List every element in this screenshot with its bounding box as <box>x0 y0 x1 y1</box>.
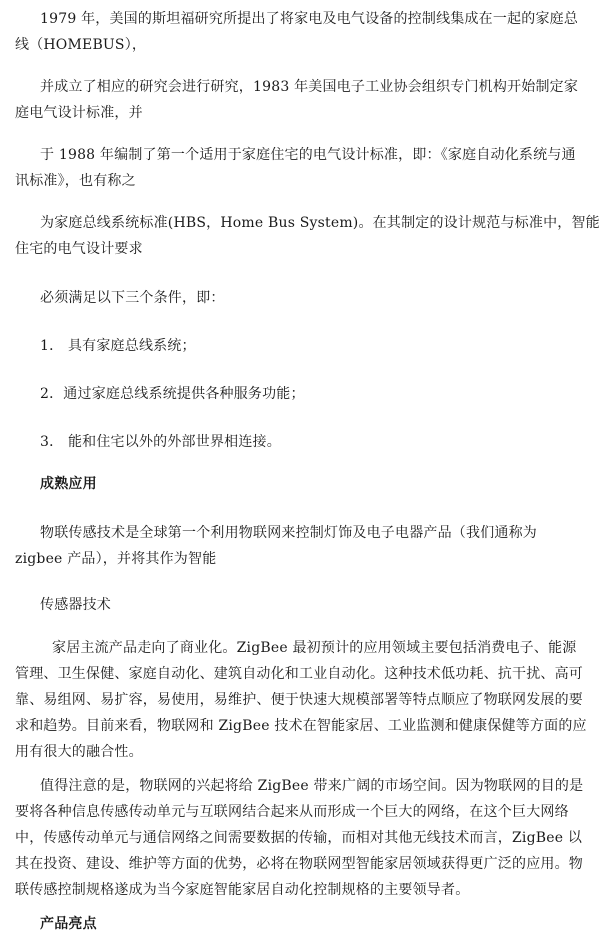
condition-item-1: 1． 具有家庭总线系统； <box>40 336 196 356</box>
iot-paragraph-line-1: 物联传感技术是全球第一个利用物联网来控制灯饰及电子电器产品（我们通称为 <box>40 523 537 543</box>
zigbee-paragraph-line-3: 靠、易组网、易扩容，易使用，易维护、便于快速大规模部署等特点顺应了物联网发展的要 <box>15 690 583 710</box>
market-paragraph-line-3: 中，传感传动单元与通信网络之间需要数据的传输，而相对其他无线技术而言，ZigBe… <box>15 828 582 848</box>
zigbee-paragraph-line-5: 用有很大的融合性。 <box>15 742 143 762</box>
paragraph-2-line-1: 并成立了相应的研究会进行研究，1983 年美国电子工业协会组织专门机构开始制定家 <box>40 77 578 97</box>
paragraph-1-line-1: 1979 年，美国的斯坦福研究所提出了将家电及电气设备的控制线集成在一起的家庭总 <box>40 9 578 29</box>
sensor-technology-label: 传感器技术 <box>40 595 111 615</box>
paragraph-2-line-2: 庭电气设计标准，并 <box>15 103 143 123</box>
zigbee-paragraph-line-1: 家居主流产品走向了商业化。ZigBee 最初预计的应用领域主要包括消费电子、能源 <box>52 638 576 658</box>
zigbee-paragraph-line-2: 管理、卫生保健、家庭自动化、建筑自动化和工业自动化。这种技术低功耗、抗干扰、高可 <box>15 664 583 684</box>
document-page: 1979 年，美国的斯坦福研究所提出了将家电及电气设备的控制线集成在一起的家庭总… <box>0 0 600 932</box>
heading-product-highlights: 产品亮点 <box>40 914 97 932</box>
paragraph-4-line-2: 住宅的电气设计要求 <box>15 239 143 259</box>
market-paragraph-line-1: 值得注意的是，物联网的兴起将给 ZigBee 带来广阔的市场空间。因为物联网的目… <box>40 776 583 796</box>
iot-paragraph-line-2: zigbee 产品），并将其作为智能 <box>15 549 216 569</box>
heading-mature-applications: 成熟应用 <box>40 474 97 494</box>
market-paragraph-line-2: 要将各种信息传感传动单元与互联网结合起来从而形成一个巨大的网络，在这个巨大网络 <box>15 802 569 822</box>
conditions-intro: 必须满足以下三个条件，即： <box>40 288 225 308</box>
condition-item-3: 3． 能和住宅以外的外部世界相连接。 <box>40 432 281 452</box>
paragraph-3-line-1: 于 1988 年编制了第一个适用于家庭住宅的电气设计标准，即：《家庭自动化系统与… <box>40 145 576 165</box>
paragraph-3-line-2: 讯标准》，也有称之 <box>15 171 136 191</box>
paragraph-4-line-1: 为家庭总线系统标准(HBS，Home Bus System)。在其制定的设计规范… <box>40 213 600 233</box>
zigbee-paragraph-line-4: 求和趋势。目前来看，物联网和 ZigBee 技术在智能家居、工业监测和健康保健等… <box>15 716 587 736</box>
paragraph-1-line-2: 线（HOMEBUS）， <box>15 35 146 55</box>
market-paragraph-line-5: 联传感控制规格遂成为当今家庭智能家居自动化控制规格的主要领导者。 <box>15 880 469 900</box>
market-paragraph-line-4: 其在投资、建设、维护等方面的优势，必将在物联网型智能家居领域获得更广泛的应用。物 <box>15 854 583 874</box>
condition-item-2: 2．通过家庭总线系统提供各种服务功能； <box>40 384 305 404</box>
